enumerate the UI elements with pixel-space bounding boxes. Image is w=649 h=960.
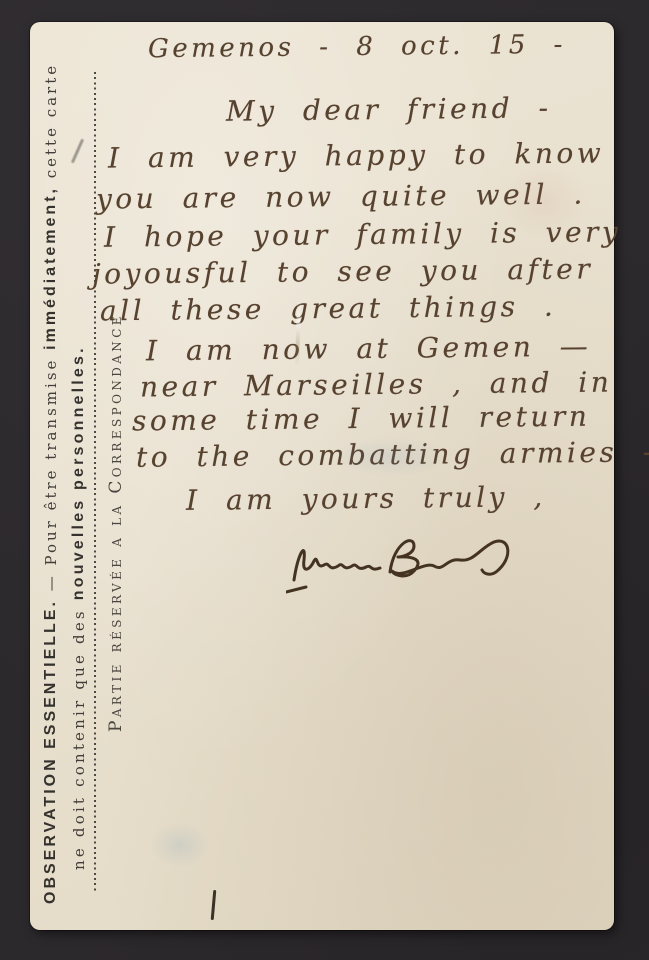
message-line: you are now quite well . — [96, 180, 586, 213]
message-line: I hope your family is very — [104, 218, 622, 251]
observation-regular-2: cette carte — [42, 63, 60, 186]
message-line: to the combatting armies - — [136, 438, 649, 471]
signature-handwriting — [286, 528, 546, 608]
paper-stain — [150, 822, 210, 868]
observation-notice-line1: OBSERVATION ESSENTIELLE. — Pour être tra… — [42, 68, 60, 904]
message-line: joyousful to see you after — [92, 255, 593, 288]
observation-bold-nouvelles: nouvelles personnelles. — [70, 345, 87, 600]
message-closing: I am yours truly , — [186, 483, 546, 515]
observation-notice-line2: ne doit contenir que des nouvelles perso… — [70, 310, 88, 870]
pencil-smudge — [71, 139, 84, 164]
observation-bold-title: OBSERVATION ESSENTIELLE. — [42, 599, 59, 904]
message-line: I am very happy to know — [108, 139, 605, 172]
message-line: some time I will return — [132, 403, 591, 436]
message-line: all these great things . — [100, 293, 557, 326]
stray-ink-mark — [211, 890, 217, 920]
message-line: I am now at Gemen — — [146, 333, 591, 366]
message-salutation: My dear friend - — [226, 94, 552, 125]
postcard: OBSERVATION ESSENTIELLE. — Pour être tra… — [30, 22, 614, 930]
message-line: near Marseilles , and in — [140, 369, 613, 402]
message-dateline: Gemenos - 8 oct. 15 - — [148, 32, 566, 62]
observation-bold-immediatement: immédiatement, — [42, 186, 59, 350]
observation-regular-1: — Pour être transmise — [42, 350, 60, 599]
observation-regular-3: ne doit contenir que des — [70, 600, 88, 870]
